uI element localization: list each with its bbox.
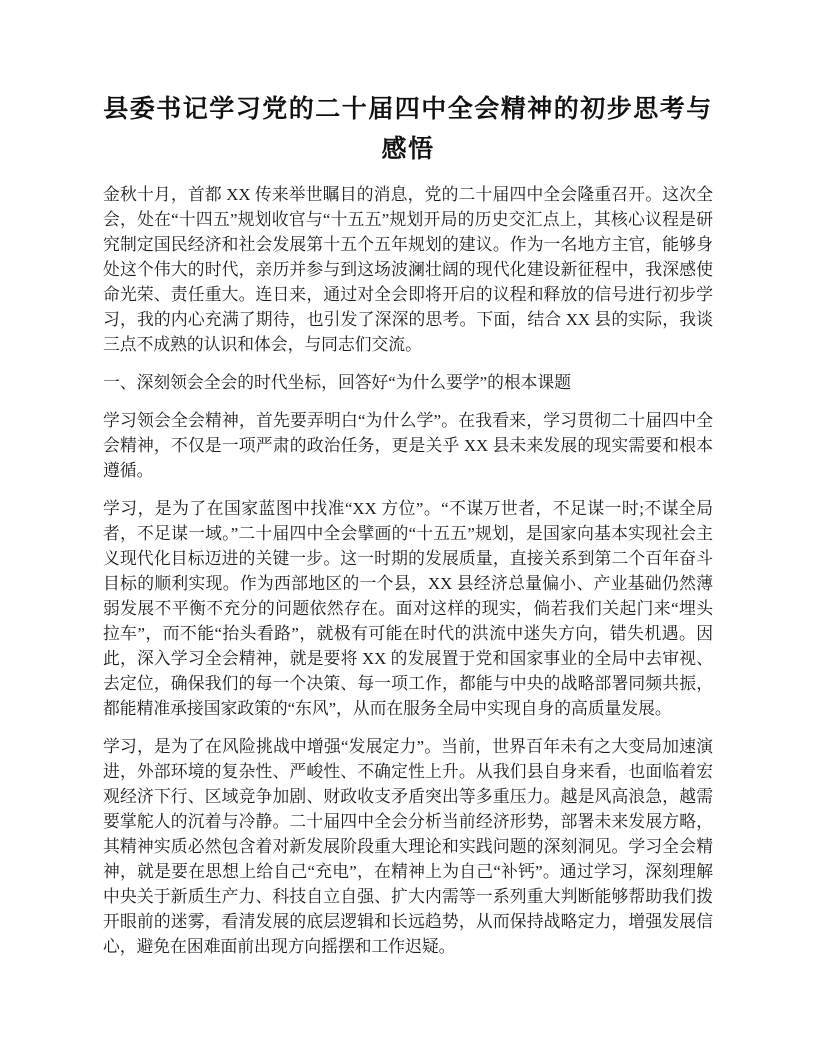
paragraph: 金秋十月，首都 XX 传来举世瞩目的消息，党的二十届四中全会隆重召开。这次全会，… [103, 182, 713, 357]
document-page: 县委书记学习党的二十届四中全会精神的初步思考与感悟 金秋十月，首都 XX 传来举… [0, 0, 816, 1056]
paragraph: 学习，是为了在国家蓝图中找准“XX 方位”。“不谋万世者，不足谋一时;不谋全局者… [103, 496, 713, 721]
paragraph: 学习领会全会精神，首先要弄明白“为什么学”。在我看来，学习贯彻二十届四中全会精神… [103, 408, 713, 483]
document-body: 金秋十月，首都 XX 传来举世瞩目的消息，党的二十届四中全会隆重召开。这次全会，… [103, 182, 713, 959]
document-title: 县委书记学习党的二十届四中全会精神的初步思考与感悟 [103, 90, 713, 170]
paragraph: 学习，是为了在风险挑战中增强“发展定力”。当前，世界百年未有之大变局加速演进，外… [103, 734, 713, 959]
section-heading: 一、深刻领会全会的时代坐标，回答好“为什么要学”的根本课题 [103, 370, 713, 395]
